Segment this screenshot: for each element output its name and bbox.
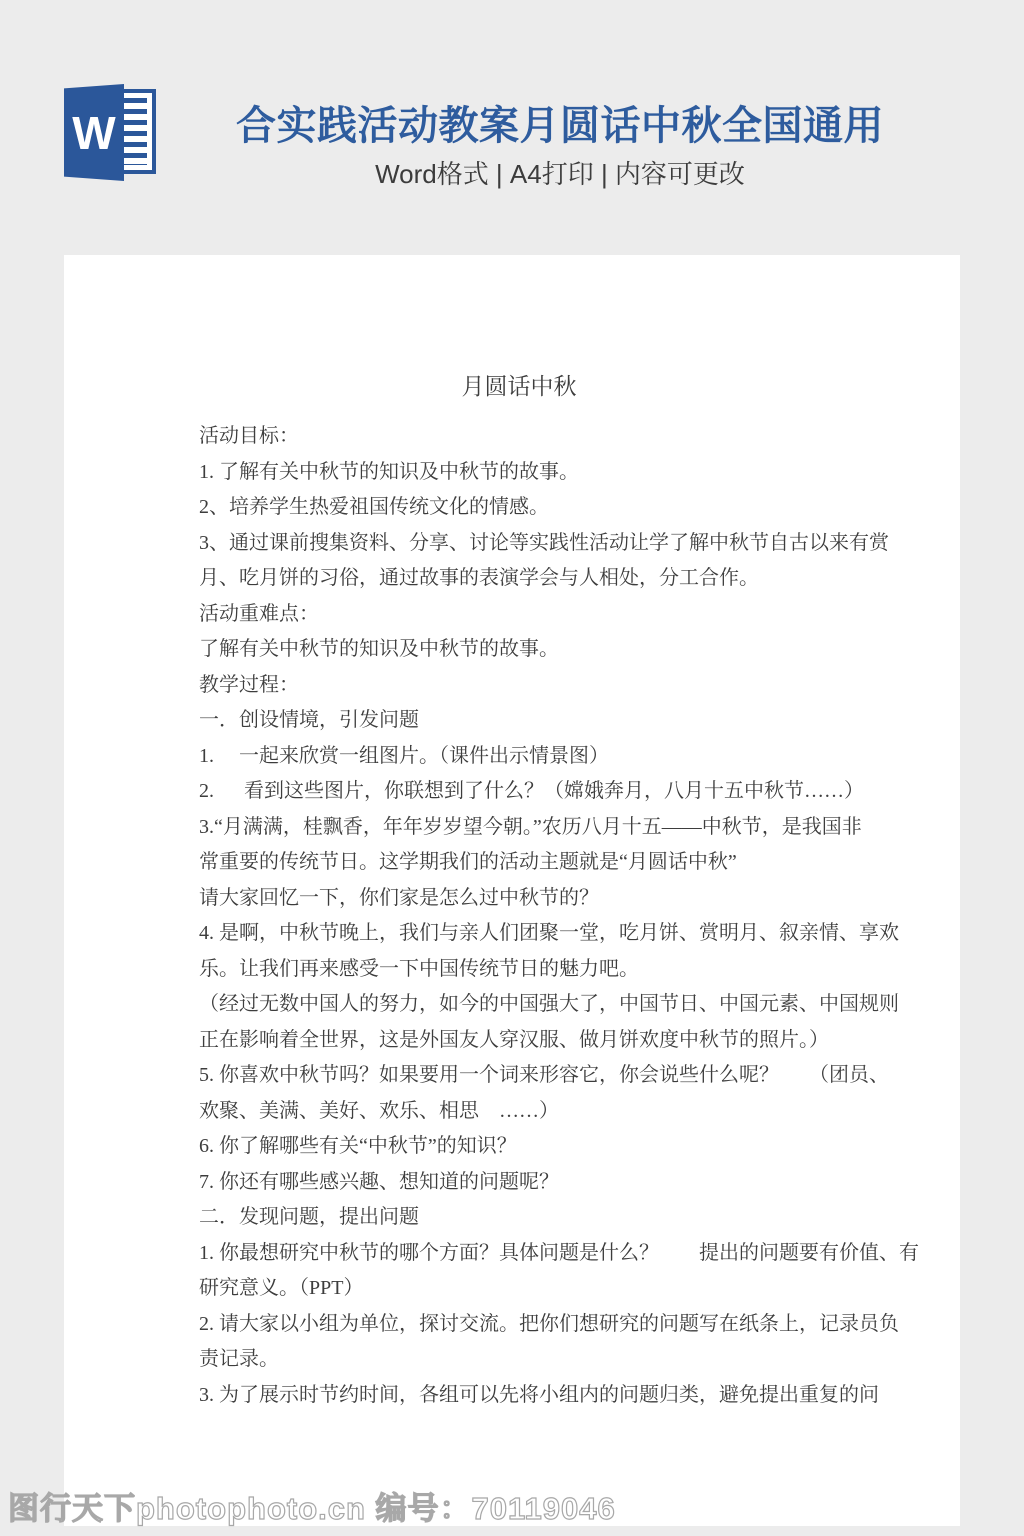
document-text-line: 二．发现问题，提出问题 xyxy=(199,1200,899,1236)
document-page: 月圆话中秋 活动目标：1. 了解有关中秋节的知识及中秋节的故事。2、培养学生热爱… xyxy=(64,255,960,1526)
document-text-line: 1. 了解有关中秋节的知识及中秋节的故事。 xyxy=(199,455,899,491)
word-file-icon: W xyxy=(64,84,158,181)
document-text-line: 3.“月满满，桂飘香，年年岁岁望今朝。”农历八月十五——中秋节，是我国非 xyxy=(199,810,899,846)
document-text-line: 2. 看到这些图片，你联想到了什么？（嫦娥奔月，八月十五中秋节……） xyxy=(199,774,899,810)
document-text-line: 责记录。 xyxy=(199,1342,899,1378)
document-text-line: 4. 是啊，中秋节晚上，我们与亲人们团聚一堂，吃月饼、赏明月、叙亲情、享欢 xyxy=(199,916,899,952)
document-title: 月圆话中秋 xyxy=(199,371,839,403)
document-text-line: （经过无数中国人的努力，如今的中国强大了，中国节日、中国元素、中国规则 xyxy=(199,987,899,1023)
document-text-line: 5. 你喜欢中秋节吗？如果要用一个词来形容它，你会说些什么呢？ （团员、 xyxy=(199,1058,899,1094)
document-text-line: 6. 你了解哪些有关“中秋节”的知识？ xyxy=(199,1129,899,1165)
document-text-line: 3、通过课前搜集资料、分享、讨论等实践性活动让学了解中秋节自古以来有赏 xyxy=(199,526,899,562)
document-text-line: 7. 你还有哪些感兴趣、想知道的问题呢？ xyxy=(199,1165,899,1201)
document-text-line: 2、培养学生热爱祖国传统文化的情感。 xyxy=(199,490,899,526)
document-text-line: 活动重难点： xyxy=(199,597,899,633)
document-text-line: 正在影响着全世界，这是外国友人穿汉服、做月饼欢度中秋节的照片。） xyxy=(199,1023,899,1059)
document-text-line: 研究意义。（PPT） xyxy=(199,1271,899,1307)
document-text-line: 3. 为了展示时节约时间，各组可以先将小组内的问题归类，避免提出重复的问 xyxy=(199,1378,899,1414)
document-text-line: 教学过程： xyxy=(199,668,899,704)
document-text-line: 请大家回忆一下，你们家是怎么过中秋节的？ xyxy=(199,881,899,917)
document-text-line: 2. 请大家以小组为单位，探讨交流。把你们想研究的问题写在纸条上，记录员负 xyxy=(199,1307,899,1343)
document-text-line: 一．创设情境，引发问题 xyxy=(199,703,899,739)
document-text-line: 1. 一起来欣赏一组图片。（课件出示情景图） xyxy=(199,739,899,775)
document-body: 活动目标：1. 了解有关中秋节的知识及中秋节的故事。2、培养学生热爱祖国传统文化… xyxy=(199,419,899,1413)
document-text-line: 月、吃月饼的习俗，通过故事的表演学会与人相处，分工合作。 xyxy=(199,561,899,597)
document-text-line: 了解有关中秋节的知识及中秋节的故事。 xyxy=(199,632,899,668)
document-text-line: 乐。让我们再来感受一下中国传统节日的魅力吧。 xyxy=(199,952,899,988)
page-subtitle: Word格式 | A4打印 | 内容可更改 xyxy=(160,154,960,191)
document-content: 月圆话中秋 活动目标：1. 了解有关中秋节的知识及中秋节的故事。2、培养学生热爱… xyxy=(199,371,899,1413)
document-text-line: 欢聚、美满、美好、欢乐、相思 ……） xyxy=(199,1094,899,1130)
page-background: W 合实践活动教案月圆话中秋全国通用 Word格式 | A4打印 | 内容可更改… xyxy=(0,0,1024,1536)
word-letter-badge: W xyxy=(64,84,124,181)
document-text-line: 活动目标： xyxy=(199,419,899,455)
watermark: 图行天下photophoto.cn 编号：70119046 xyxy=(8,1483,616,1528)
page-title: 合实践活动教案月圆话中秋全国通用 xyxy=(160,94,960,151)
document-text-line: 1. 你最想研究中秋节的哪个方面？具体问题是什么？ 提出的问题要有价值、有 xyxy=(199,1236,899,1272)
document-text-line: 常重要的传统节日。这学期我们的活动主题就是“月圆话中秋” xyxy=(199,845,899,881)
